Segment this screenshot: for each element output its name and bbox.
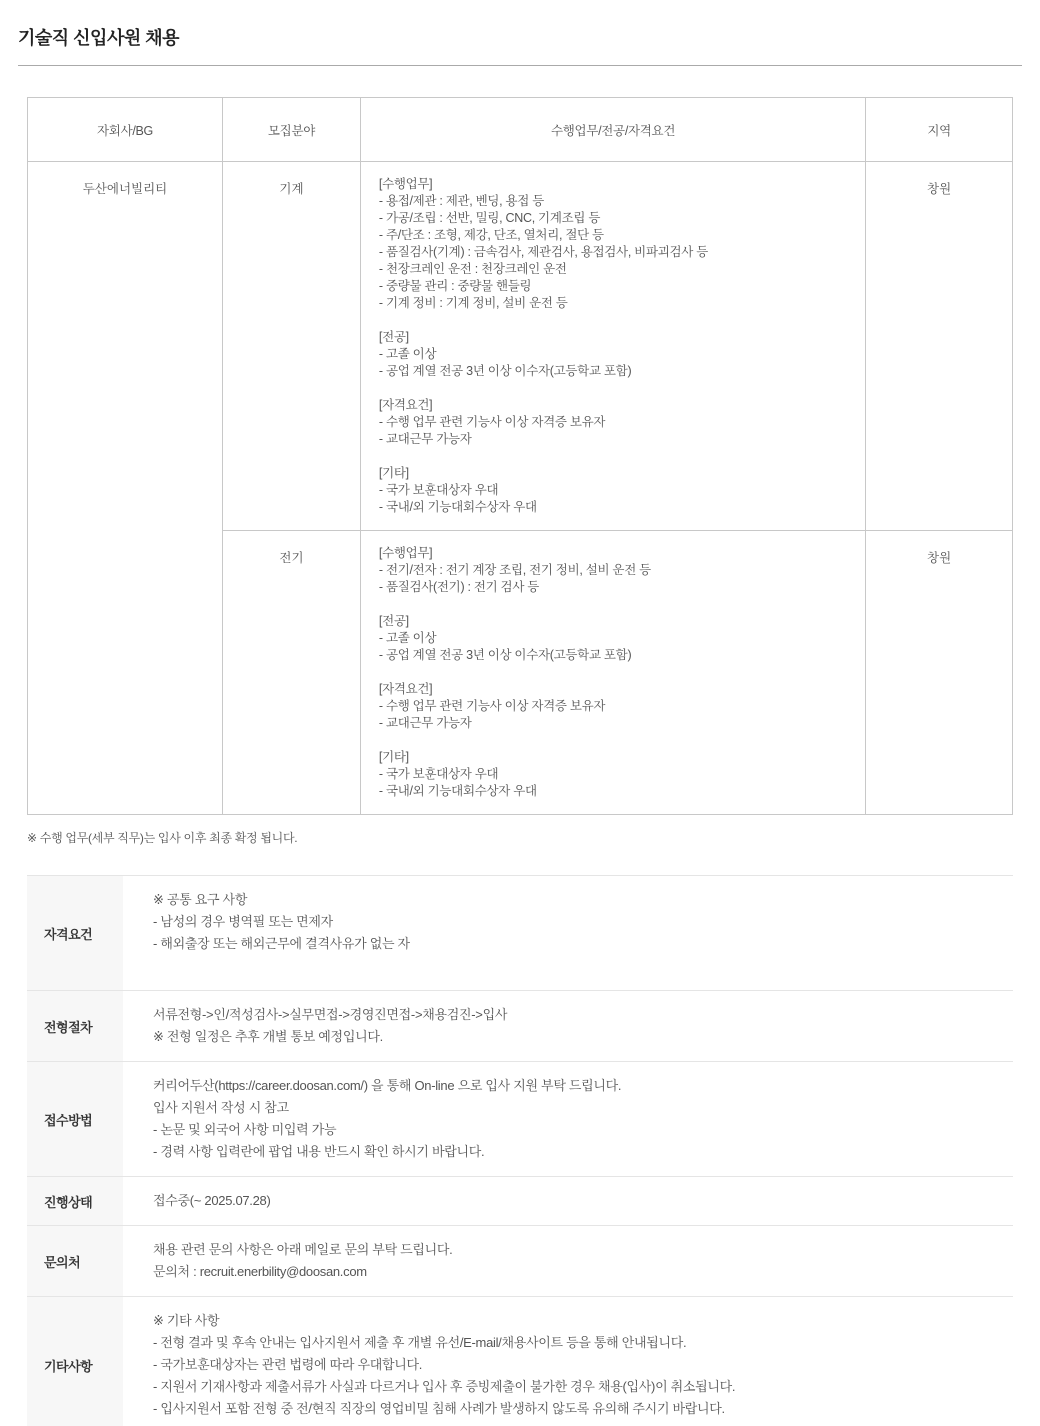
info-row-apply-method: 접수방법 커리어두산(https://career.doosan.com/) 을… xyxy=(27,1062,1013,1177)
field-cell: 기계 xyxy=(223,162,361,531)
header-details: 수행업무/전공/자격요건 xyxy=(360,98,865,162)
text-line: - 교대근무 가능자 xyxy=(379,715,847,732)
text-line: - 품질검사(전기) : 전기 검사 등 xyxy=(379,579,847,596)
text-line: - 입사지원서 포함 전형 중 전/현직 직장의 영업비밀 침해 사례가 발생하… xyxy=(153,1398,993,1420)
text-line: - 품질검사(기계) : 금속검사, 제관검사, 용접검사, 비파괴검사 등 xyxy=(379,244,847,261)
text-line: - 국가 보훈대상자 우대 xyxy=(379,482,847,499)
info-row-qualification: 자격요건 ※ 공통 요구 사항- 남성의 경우 병역필 또는 면제자- 해외출장… xyxy=(27,876,1013,991)
info-row-label: 자격요건 xyxy=(27,876,123,990)
info-row-content: 커리어두산(https://career.doosan.com/) 을 통해 O… xyxy=(123,1062,1013,1176)
text-line: [기타] xyxy=(379,749,847,766)
info-row-content: ※ 공통 요구 사항- 남성의 경우 병역필 또는 면제자- 해외출장 또는 해… xyxy=(123,876,1013,990)
header-field: 모집분야 xyxy=(223,98,361,162)
job-table-header-row: 자회사/BG 모집분야 수행업무/전공/자격요건 지역 xyxy=(28,98,1013,162)
job-row-mechanical: 두산에너빌리티 기계 [수행업무]- 용접/제관 : 제관, 벤딩, 용접 등-… xyxy=(28,162,1013,531)
text-line: - 수행 업무 관련 기능사 이상 자격증 보유자 xyxy=(379,414,847,431)
text-line: - 주/단조 : 조형, 제강, 단조, 열처리, 절단 등 xyxy=(379,227,847,244)
details-cell: [수행업무]- 용접/제관 : 제관, 벤딩, 용접 등- 가공/조립 : 선반… xyxy=(360,162,865,531)
text-line: 입사 지원서 작성 시 참고 xyxy=(153,1097,993,1119)
text-line: - 고졸 이상 xyxy=(379,346,847,363)
job-table: 자회사/BG 모집분야 수행업무/전공/자격요건 지역 두산에너빌리티 기계 [… xyxy=(27,97,1013,815)
job-table-footnote: ※ 수행 업무(세부 직무)는 입사 이후 최종 확정 됩니다. xyxy=(27,829,1013,846)
text-line: - 전기/전자 : 전기 계장 조립, 전기 정비, 설비 운전 등 xyxy=(379,562,847,579)
text-line: [수행업무] xyxy=(379,176,847,193)
info-table: 자격요건 ※ 공통 요구 사항- 남성의 경우 병역필 또는 면제자- 해외출장… xyxy=(27,875,1013,1426)
info-row-etc: 기타사항 ※ 기타 사항- 전형 결과 및 후속 안내는 입사지원서 제출 후 … xyxy=(27,1297,1013,1426)
text-line: - 해외출장 또는 해외근무에 결격사유가 없는 자 xyxy=(153,933,993,955)
info-row-status: 진행상태 접수중(~ 2025.07.28) xyxy=(27,1177,1013,1226)
text-line: 채용 관련 문의 사항은 아래 메일로 문의 부탁 드립니다. xyxy=(153,1239,993,1261)
text-line: - 기계 정비 : 기계 정비, 설비 운전 등 xyxy=(379,295,847,312)
text-line: [기타] xyxy=(379,465,847,482)
text-line: [전공] xyxy=(379,613,847,630)
text-line: - 남성의 경우 병역필 또는 면제자 xyxy=(153,911,993,933)
info-row-content: 서류전형->인/적성검사->실무면접->경영진면접->채용검진->입사※ 전형 … xyxy=(123,991,1013,1061)
page-title: 기술직 신입사원 채용 xyxy=(18,24,1022,50)
text-line: [전공] xyxy=(379,329,847,346)
text-line: - 수행 업무 관련 기능사 이상 자격증 보유자 xyxy=(379,698,847,715)
text-line: - 국가 보훈대상자 우대 xyxy=(379,766,847,783)
info-row-label: 전형절차 xyxy=(27,991,123,1061)
info-row-label: 접수방법 xyxy=(27,1062,123,1176)
info-row-content: 채용 관련 문의 사항은 아래 메일로 문의 부탁 드립니다.문의처 : rec… xyxy=(123,1226,1013,1296)
text-line xyxy=(379,448,847,465)
text-line: - 공업 계열 전공 3년 이상 이수자(고등학교 포함) xyxy=(379,363,847,380)
text-line: - 논문 및 외국어 사항 미입력 가능 xyxy=(153,1119,993,1141)
text-line: - 공업 계열 전공 3년 이상 이수자(고등학교 포함) xyxy=(379,647,847,664)
text-line xyxy=(379,596,847,613)
details-cell: [수행업무]- 전기/전자 : 전기 계장 조립, 전기 정비, 설비 운전 등… xyxy=(360,531,865,815)
header-region: 지역 xyxy=(866,98,1013,162)
text-line: [수행업무] xyxy=(379,545,847,562)
text-line: - 중량물 관리 : 중량물 핸들링 xyxy=(379,278,847,295)
info-row-process: 전형절차 서류전형->인/적성검사->실무면접->경영진면접->채용검진->입사… xyxy=(27,991,1013,1062)
text-line: ※ 기타 사항 xyxy=(153,1310,993,1332)
text-line xyxy=(379,312,847,329)
company-cell: 두산에너빌리티 xyxy=(28,162,223,815)
text-line: 서류전형->인/적성검사->실무면접->경영진면접->채용검진->입사 xyxy=(153,1004,993,1026)
text-line: ※ 공통 요구 사항 xyxy=(153,889,993,911)
text-line xyxy=(379,664,847,681)
info-row-content: ※ 기타 사항- 전형 결과 및 후속 안내는 입사지원서 제출 후 개별 유선… xyxy=(123,1297,1013,1426)
text-line: [자격요건] xyxy=(379,397,847,414)
text-line: ※ 전형 일정은 추후 개별 통보 예정입니다. xyxy=(153,1026,993,1048)
text-line: - 교대근무 가능자 xyxy=(379,431,847,448)
text-line: - 국내/외 기능대회수상자 우대 xyxy=(379,783,847,800)
text-line: 접수중(~ 2025.07.28) xyxy=(153,1190,993,1212)
text-line: - 천장크레인 운전 : 천장크레인 운전 xyxy=(379,261,847,278)
text-line: - 국내/외 기능대회수상자 우대 xyxy=(379,499,847,516)
info-row-content: 접수중(~ 2025.07.28) xyxy=(123,1177,1013,1225)
job-table-header: 자회사/BG 모집분야 수행업무/전공/자격요건 지역 xyxy=(28,98,1013,162)
text-line: - 용접/제관 : 제관, 벤딩, 용접 등 xyxy=(379,193,847,210)
text-line xyxy=(153,955,993,977)
text-line: - 지원서 기재사항과 제출서류가 사실과 다르거나 입사 후 증빙제출이 불가… xyxy=(153,1376,993,1398)
text-line: - 가공/조립 : 선반, 밀링, CNC, 기계조립 등 xyxy=(379,210,847,227)
text-line: 커리어두산(https://career.doosan.com/) 을 통해 O… xyxy=(153,1075,993,1097)
info-row-label: 진행상태 xyxy=(27,1177,123,1225)
title-divider xyxy=(18,65,1022,66)
text-line: - 국가보훈대상자는 관련 법령에 따라 우대합니다. xyxy=(153,1354,993,1376)
info-row-label: 문의처 xyxy=(27,1226,123,1296)
text-line xyxy=(379,732,847,749)
field-cell: 전기 xyxy=(223,531,361,815)
region-cell: 창원 xyxy=(866,531,1013,815)
text-line: - 경력 사항 입력란에 팝업 내용 반드시 확인 하시기 바랍니다. xyxy=(153,1141,993,1163)
text-line: 문의처 : recruit.enerbility@doosan.com xyxy=(153,1261,993,1283)
text-line xyxy=(379,380,847,397)
header-company: 자회사/BG xyxy=(28,98,223,162)
job-posting-page: 기술직 신입사원 채용 자회사/BG 모집분야 수행업무/전공/자격요건 지역 … xyxy=(0,24,1040,1426)
info-row-label: 기타사항 xyxy=(27,1297,123,1426)
text-line: [자격요건] xyxy=(379,681,847,698)
text-line: - 고졸 이상 xyxy=(379,630,847,647)
text-line: - 전형 결과 및 후속 안내는 입사지원서 제출 후 개별 유선/E-mail… xyxy=(153,1332,993,1354)
info-row-contact: 문의처 채용 관련 문의 사항은 아래 메일로 문의 부탁 드립니다.문의처 :… xyxy=(27,1226,1013,1297)
region-cell: 창원 xyxy=(866,162,1013,531)
